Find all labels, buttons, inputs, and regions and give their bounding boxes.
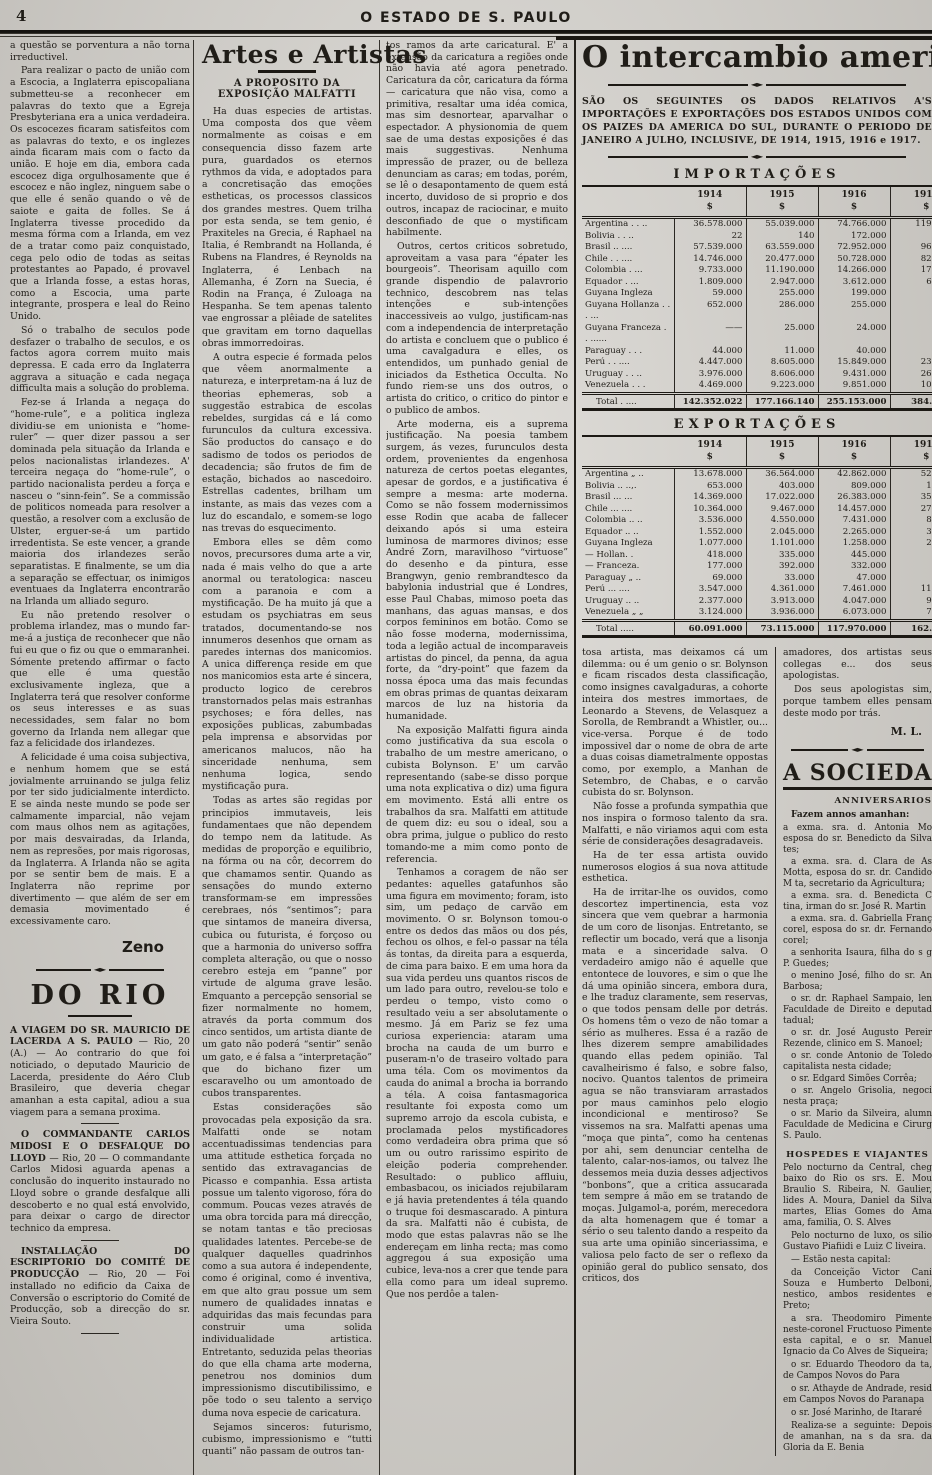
hospedes-heading: HOSPEDES E VIAJANTES xyxy=(783,1150,932,1160)
exportacoes-body: Argentina „ .. 13.678.000 36.564.000 42.… xyxy=(582,468,932,621)
column-divider-3 xyxy=(574,40,576,1475)
arrow-ornament-icon: ◄► xyxy=(748,153,766,161)
item-divider-rule xyxy=(81,1123,119,1124)
value-1916: 7.431.000 xyxy=(818,515,890,527)
importacoes-row: Paraguay . . . 44.000 11.000 40.000 63.0 xyxy=(582,346,932,358)
column-divider-2 xyxy=(379,40,380,1475)
editorial-paragraph: Só o trabalho de seculos pode desfazer o… xyxy=(10,325,190,395)
article-paragraph: Outros, certos criticos sobretudo, aprov… xyxy=(386,241,568,417)
ornament-line xyxy=(608,84,748,86)
year-header-cell: 1914$ xyxy=(674,436,746,468)
importacoes-row: Guyana Hollanza . . . ... 652.000 286.00… xyxy=(582,300,932,323)
exportacoes-row: Perú ... .... 3.547.000 4.361.000 7.461.… xyxy=(582,584,932,596)
importacoes-row: Bolivia . . .. 22 140 172.000 69 xyxy=(582,231,932,243)
importacoes-row: Brasil .. .... 57.539.000 63.559.000 72.… xyxy=(582,242,932,254)
country-label: Uruguay . . .. xyxy=(582,369,674,381)
artes-e-artistas-title: Artes e Artistas xyxy=(202,40,372,69)
country-label: Guyana Ingleza xyxy=(582,538,674,550)
country-label: Guyana Hollanza . . . ... xyxy=(582,300,674,323)
country-label: Colombia .. .. xyxy=(582,515,674,527)
year-label: 1914 xyxy=(677,440,743,452)
article-paragraph: Tenhamos a coragem de não ser pedantes: … xyxy=(386,867,568,1300)
value-1915: 20.477.000 xyxy=(746,254,818,266)
anniversarios-heading: ANNIVERSARIOS xyxy=(783,796,932,806)
country-label: Guyana Ingleza xyxy=(582,288,674,300)
year-label: 1914 xyxy=(677,190,743,202)
importacoes-body: Argentina . . .. 36.578.000 55.039.000 7… xyxy=(582,218,932,394)
hospedes-item: a sra. Theodomiro Pimente neste-coronel … xyxy=(783,1314,932,1358)
value-1914: 69.000 xyxy=(674,573,746,585)
anniversario-item: o sr. Angelo Grisolia, negoci nesta praç… xyxy=(783,1086,932,1108)
newspaper-page: 4 O ESTADO DE S. PAULO a questão se porv… xyxy=(0,0,932,1475)
value-1916: 1.258.000 xyxy=(818,538,890,550)
importacoes-row: Equador . ... 1.809.000 2.947.000 3.612.… xyxy=(582,277,932,289)
value-1916: 74.766.000 xyxy=(818,218,890,231)
importacoes-row: Guyana Ingleza 59.000 255.000 199.000 97… xyxy=(582,288,932,300)
value-1915: 255.000 xyxy=(746,288,818,300)
total-1914: 142.352.022 xyxy=(674,393,746,410)
anniversario-item: o sr. Edgard Simões Corrêa; xyxy=(783,1074,932,1085)
exportacoes-row: Brasil ... ... 14.369.000 17.022.000 26.… xyxy=(582,492,932,504)
value-1917: 17.021.0 xyxy=(890,265,932,277)
value-1916: 199.000 xyxy=(818,288,890,300)
value-1914: 3.976.000 xyxy=(674,369,746,381)
value-1917: 9.405.0 xyxy=(890,596,932,608)
value-1914: 44.000 xyxy=(674,346,746,358)
hospedes-item: — Estão nesta capital: xyxy=(783,1255,932,1266)
anniversario-item: a exma. sra. d. Benedicta C tina, irman … xyxy=(783,891,932,913)
value-1917: 11.567.0 xyxy=(890,584,932,596)
value-1916: 26.383.000 xyxy=(818,492,890,504)
total-1916: 255.153.000 xyxy=(818,393,890,410)
article-paragraph: A outra especie é formada pelos que vêem… xyxy=(202,352,372,535)
column-artes: Artes e Artistas A PROPOSITO DA EXPOSIÇÃ… xyxy=(202,40,372,1475)
value-1917: 10.965.0 xyxy=(890,380,932,393)
value-1917: 82.667.0 xyxy=(890,254,932,266)
ornament-line xyxy=(867,749,924,751)
value-1915: 63.559.000 xyxy=(746,242,818,254)
column-divider-1 xyxy=(193,40,194,1475)
value-1915: 8.605.000 xyxy=(746,357,818,369)
value-1917: 561.0 xyxy=(890,300,932,323)
value-1916: 47.000 xyxy=(818,573,890,585)
country-label: Argentina „ .. xyxy=(582,468,674,481)
value-1915: 4.361.000 xyxy=(746,584,818,596)
exportacoes-total-row: Total ..... 60.091.000 73.115.000 117.97… xyxy=(582,620,932,637)
title-underline xyxy=(258,70,316,73)
total-1917: 384.319.0 xyxy=(890,393,932,410)
total-label: Total ..... xyxy=(582,620,674,637)
currency-symbol: $ xyxy=(677,202,743,214)
value-1914: 3.536.000 xyxy=(674,515,746,527)
year-header-cell: 1917$ xyxy=(890,436,932,468)
country-label: Perú ... .... xyxy=(582,584,674,596)
value-1915: 33.000 xyxy=(746,573,818,585)
article-paragraph: amadores, dos artistas seus collegas e..… xyxy=(783,647,932,682)
editorial-paragraph: a questão se porventura a não torna irre… xyxy=(10,40,190,63)
article-paragraph: Embora elles se dêm como novos, precurso… xyxy=(202,537,372,793)
year-label: 1915 xyxy=(750,190,815,202)
anniversario-item: a senhorita Isaura, filha do s g P. Gued… xyxy=(783,948,932,970)
malfatti-article-col4: tosa artista, mas deixamos cá um dilemma… xyxy=(582,647,768,1285)
value-1915: 55.039.000 xyxy=(746,218,818,231)
arrow-ornament-icon: ◄► xyxy=(91,966,109,974)
value-1917: 23.182.0 xyxy=(890,357,932,369)
article-paragraph: Ha duas especies de artistas. Uma compos… xyxy=(202,106,372,350)
value-1916: 3.612.000 xyxy=(818,277,890,289)
page-number: 4 xyxy=(16,7,26,25)
value-1915: 335.000 xyxy=(746,550,818,562)
exportacoes-row: Colombia .. .. 3.536.000 4.550.000 7.431… xyxy=(582,515,932,527)
anniversario-item: o sr. conde Antonio de Toledo capitalist… xyxy=(783,1051,932,1073)
value-1916: 4.047.000 xyxy=(818,596,890,608)
value-1917: 63.0 xyxy=(890,346,932,358)
divider-ornament: ◄► xyxy=(791,746,924,754)
year-header-cell: 1916$ xyxy=(818,186,890,218)
year-header-cell: 1917$ xyxy=(890,186,932,218)
value-1914: 13.678.000 xyxy=(674,468,746,481)
article-paragraph: Dos seus apologistas sim, porque tambem … xyxy=(783,684,932,719)
article-paragraph: Não fosse a profunda sympathia que nos i… xyxy=(582,801,768,848)
editorial-paragraph: Para realizar o pacto de união com a Esc… xyxy=(10,65,190,322)
value-1917: 1.857.0 xyxy=(890,481,932,493)
arrow-ornament-icon: ◄► xyxy=(848,746,866,754)
hospedes-item: Pelo nocturno de luxo, os silio Gustavo … xyxy=(783,1231,932,1253)
value-1915: 2.947.000 xyxy=(746,277,818,289)
anniversario-item: o sr. Mario da Silveira, alumn Faculdade… xyxy=(783,1109,932,1142)
value-1917: —— xyxy=(890,323,932,346)
masthead: 4 O ESTADO DE S. PAULO xyxy=(0,4,932,30)
value-1916: 2.265.000 xyxy=(818,527,890,539)
value-1916: 24.000 xyxy=(818,323,890,346)
hospedes-item: da Conceição Victor Cani Souza e Humbert… xyxy=(783,1268,932,1312)
value-1914: 14.369.000 xyxy=(674,492,746,504)
value-1915: 11.190.000 xyxy=(746,265,818,277)
value-1915: 392.000 xyxy=(746,561,818,573)
value-1914: 9.733.000 xyxy=(674,265,746,277)
anniversario-item: o menino José, filho do sr. An Barbosa; xyxy=(783,971,932,993)
value-1915: 25.000 xyxy=(746,323,818,346)
country-label: Venezuela . . . xyxy=(582,380,674,393)
anniversario-item: a exma. sra. d. Antonia Mo esposa do sr.… xyxy=(783,823,932,856)
country-label: Bolivia .. ..,. xyxy=(582,481,674,493)
divider-ornament: ◄► xyxy=(608,81,906,89)
table-corner-cell xyxy=(582,186,674,218)
article-paragraph: Todas as artes são regidas por principio… xyxy=(202,795,372,1100)
do-rio-title: DO RIO xyxy=(10,980,190,1011)
value-1915: 1.101.000 xyxy=(746,538,818,550)
value-1914: 4.469.000 xyxy=(674,380,746,393)
value-1915: 3.936.000 xyxy=(746,607,818,620)
value-1916: 40.000 xyxy=(818,346,890,358)
currency-symbol: $ xyxy=(750,202,815,214)
item-divider-rule xyxy=(81,1240,119,1241)
value-1917: 119.497.0 xyxy=(890,218,932,231)
article-paragraph: tosa artista, mas deixamos cá um dilemma… xyxy=(582,647,768,799)
importacoes-row: Colombia . ... 9.733.000 11.190.000 14.2… xyxy=(582,265,932,277)
article-paragraph: tos ramos da arte caricatural. E' a exte… xyxy=(386,40,568,239)
do-rio-item-body: — Rio, 20 (A.) — Ao contrario do que foi… xyxy=(10,1036,190,1117)
ornament-line xyxy=(766,84,906,86)
value-1916: 332.000 xyxy=(818,561,890,573)
importacoes-total-row: Total . .... 142.352.022 177.166.140 255… xyxy=(582,393,932,410)
value-1917: 2.911.0 xyxy=(890,538,932,550)
value-1916: 42.862.000 xyxy=(818,468,890,481)
article-paragraph: Arte moderna, eis a suprema justificação… xyxy=(386,419,568,723)
value-1916: 6.073.000 xyxy=(818,607,890,620)
value-1914: 22 xyxy=(674,231,746,243)
article-paragraph: Estas considerações são provocadas pela … xyxy=(202,1102,372,1419)
country-label: Paraguay „ .. xyxy=(582,573,674,585)
malfatti-article-col3: tos ramos da arte caricatural. E' a exte… xyxy=(386,40,568,1300)
value-1916: 9.851.000 xyxy=(818,380,890,393)
value-1915: 403.000 xyxy=(746,481,818,493)
currency-symbol: $ xyxy=(677,452,743,464)
exportacoes-heading: EXPORTAÇÕES xyxy=(582,417,932,432)
ornament-line xyxy=(766,156,906,158)
masthead-rule-thin xyxy=(0,36,556,37)
do-rio-item: A VIAGEM DO SR. MAURICIO DE LACERDA A S.… xyxy=(10,1025,190,1119)
divider-ornament: ◄► xyxy=(608,153,906,161)
arrow-ornament-icon: ◄► xyxy=(748,81,766,89)
masthead-rule xyxy=(0,30,932,34)
value-1916: 7.461.000 xyxy=(818,584,890,596)
hospedes-item: o sr. Eduardo Theodoro da ta, de Campos … xyxy=(783,1360,932,1382)
year-header-cell: 1914$ xyxy=(674,186,746,218)
value-1915: 17.022.000 xyxy=(746,492,818,504)
country-label: Brasil ... ... xyxy=(582,492,674,504)
country-label: Argentina . . .. xyxy=(582,218,674,231)
value-1915: 36.564.000 xyxy=(746,468,818,481)
do-rio-item: O COMMANDANTE CARLOS MIDOSI E O DESFALQU… xyxy=(10,1129,190,1234)
value-1914: 418.000 xyxy=(674,550,746,562)
anniversarios-intro: Fazem annos amanhan: xyxy=(783,810,932,820)
total-1917: 162.628.0 xyxy=(890,620,932,637)
anniversario-item: a exma. sra. d. Clara de As Motta, espos… xyxy=(783,857,932,890)
hospedes-list: Pelo nocturno da Central, cheg baixo do … xyxy=(783,1163,932,1454)
value-1917: 97.0 xyxy=(890,288,932,300)
value-1914: 3.547.000 xyxy=(674,584,746,596)
country-label: Chile ... .... xyxy=(582,504,674,516)
value-1916: 445.000 xyxy=(818,550,890,562)
value-1917: 3.288.0 xyxy=(890,527,932,539)
do-rio-items: A VIAGEM DO SR. MAURICIO DE LACERDA A S.… xyxy=(10,1025,190,1334)
hospedes-item: Realiza-se a seguinte: Depois de amanhan… xyxy=(783,1421,932,1454)
value-1915: 286.000 xyxy=(746,300,818,323)
value-1915: 8.606.000 xyxy=(746,369,818,381)
value-1914: 10.364.000 xyxy=(674,504,746,516)
value-1916: 15.849.000 xyxy=(818,357,890,369)
anniversario-item: o sr. dr. José Augusto Pereir Rezende, c… xyxy=(783,1028,932,1050)
total-1915: 177.166.140 xyxy=(746,393,818,410)
country-label: Chile . . .... xyxy=(582,254,674,266)
value-1915: 3.913.000 xyxy=(746,596,818,608)
editorial-paragraph: Eu não pretendo resolver o problema irla… xyxy=(10,610,190,750)
importacoes-heading: IMPORTAÇÕES xyxy=(582,167,932,182)
editorial-paragraphs: a questão se porventura a não torna irre… xyxy=(10,40,190,928)
country-label: Perú . . .... xyxy=(582,357,674,369)
malfatti-article-col5: amadores, dos artistas seus collegas e..… xyxy=(783,647,932,719)
value-1914: —— xyxy=(674,323,746,346)
item-divider-rule xyxy=(81,1333,119,1334)
value-1914: 653.000 xyxy=(674,481,746,493)
article-paragraph: Ha de irritar-lhe os ouvidos, como desco… xyxy=(582,887,768,1285)
ornament-line xyxy=(791,749,848,751)
value-1915: 9.467.000 xyxy=(746,504,818,516)
ornament-line xyxy=(36,969,91,971)
hospedes-item: o sr. Athayde de Andrade, resid em Campo… xyxy=(783,1384,932,1406)
importacoes-row: Venezuela . . . 4.469.000 9.223.000 9.85… xyxy=(582,380,932,393)
year-label: 1917 xyxy=(894,190,932,202)
value-1917: 852.0 xyxy=(890,550,932,562)
value-1917: 7.412.0 xyxy=(890,607,932,620)
country-label: Guyana Franceza . . ...... xyxy=(582,323,674,346)
country-label: Bolivia . . .. xyxy=(582,231,674,243)
year-header-cell: 1915$ xyxy=(746,436,818,468)
currency-symbol: $ xyxy=(750,452,815,464)
exportacoes-header-row: 1914$1915$1916$1917$ xyxy=(582,436,932,468)
value-1914: 57.539.000 xyxy=(674,242,746,254)
year-label: 1917 xyxy=(894,440,932,452)
value-1914: 59.000 xyxy=(674,288,746,300)
value-1916: 72.952.000 xyxy=(818,242,890,254)
value-1914: 36.578.000 xyxy=(674,218,746,231)
value-1914: 3.124.000 xyxy=(674,607,746,620)
exportacoes-row: Argentina „ .. 13.678.000 36.564.000 42.… xyxy=(582,468,932,481)
country-label: — Franceza. xyxy=(582,561,674,573)
value-1916: 809.000 xyxy=(818,481,890,493)
total-label: Total . .... xyxy=(582,393,674,410)
column-article-end: tosa artista, mas deixamos cá um dilemma… xyxy=(582,647,776,1456)
ornament-line xyxy=(608,156,748,158)
total-1916: 117.970.000 xyxy=(818,620,890,637)
value-1915: 140 xyxy=(746,231,818,243)
column-sociedade: amadores, dos artistas seus collegas e..… xyxy=(776,647,932,1456)
article-paragraph: Ha de ter essa artista ouvido numerosos … xyxy=(582,850,768,885)
importacoes-row: Perú . . .... 4.447.000 8.605.000 15.849… xyxy=(582,357,932,369)
value-1914: 4.447.000 xyxy=(674,357,746,369)
year-label: 1916 xyxy=(822,190,887,202)
country-label: Brasil .. .... xyxy=(582,242,674,254)
editorial-paragraph: A felicidade é uma coisa subjectiva, e n… xyxy=(10,752,190,928)
currency-symbol: $ xyxy=(894,202,932,214)
column-artes-continuation: tos ramos da arte caricatural. E' a exte… xyxy=(386,40,568,1475)
value-1917: 52.615.0 xyxy=(890,468,932,481)
editorial-signature: Zeno xyxy=(10,930,190,960)
importacoes-row: Argentina . . .. 36.578.000 55.039.000 7… xyxy=(582,218,932,231)
malfatti-article-col2: Ha duas especies de artistas. Uma compos… xyxy=(202,106,372,1458)
country-label: Venezuela „ „ xyxy=(582,607,674,620)
hospedes-item: Pelo nocturno da Central, cheg baixo do … xyxy=(783,1163,932,1229)
value-1917: 27.852.0 xyxy=(890,504,932,516)
exportacoes-row: Chile ... .... 10.364.000 9.467.000 14.4… xyxy=(582,504,932,516)
editorial-paragraph: Fez-se á Irlanda a negaça do “home-rule”… xyxy=(10,397,190,608)
total-1914: 60.091.000 xyxy=(674,620,746,637)
country-label: — Hollan. . xyxy=(582,550,674,562)
value-1917: 96.846.0 xyxy=(890,242,932,254)
value-1916: 172.000 xyxy=(818,231,890,243)
value-1914: 177.000 xyxy=(674,561,746,573)
total-1915: 73.115.000 xyxy=(746,620,818,637)
value-1915: 4.550.000 xyxy=(746,515,818,527)
value-1917: 26.146.0 xyxy=(890,369,932,381)
divider-ornament: ◄► xyxy=(36,966,164,974)
exportacoes-row: Bolivia .. ..,. 653.000 403.000 809.000 … xyxy=(582,481,932,493)
value-1916: 9.431.000 xyxy=(818,369,890,381)
column-editorial: a questão se porventura a não torna irre… xyxy=(10,40,190,1475)
exportacoes-row: Guyana Ingleza 1.077.000 1.101.000 1.258… xyxy=(582,538,932,550)
hospedes-item: o sr. José Marinho, de Itararé xyxy=(783,1408,932,1419)
value-1917: 6.927.0 xyxy=(890,277,932,289)
intercambio-intro: SÃO OS SEGUINTES OS DADOS RELATIVOS A'S … xyxy=(582,95,932,147)
ornament-line xyxy=(109,969,164,971)
do-rio-item-body: — Rio, 20 — O commandante Carlos Midosi … xyxy=(10,1153,190,1234)
value-1914: 14.746.000 xyxy=(674,254,746,266)
value-1915: 11.000 xyxy=(746,346,818,358)
exportacoes-row: Venezuela „ „ 3.124.000 3.936.000 6.073.… xyxy=(582,607,932,620)
exportacoes-row: — Franceza. 177.000 392.000 332.000 858.… xyxy=(582,561,932,573)
value-1917: 35.795.0 xyxy=(890,492,932,504)
value-1914: 652.000 xyxy=(674,300,746,323)
year-header-cell: 1916$ xyxy=(818,436,890,468)
currency-symbol: $ xyxy=(822,202,887,214)
year-label: 1916 xyxy=(822,440,887,452)
anniversarios-list: a exma. sra. d. Antonia Mo esposa do sr.… xyxy=(783,823,932,1142)
year-header-cell: 1915$ xyxy=(746,186,818,218)
exportacoes-row: — Hollan. . 418.000 335.000 445.000 852.… xyxy=(582,550,932,562)
year-label: 1915 xyxy=(750,440,815,452)
value-1916: 14.266.000 xyxy=(818,265,890,277)
value-1915: 2.045.000 xyxy=(746,527,818,539)
value-1916: 50.728.000 xyxy=(818,254,890,266)
exportacoes-table: 1914$1915$1916$1917$ Argentina „ .. 13.6… xyxy=(582,435,932,638)
value-1917: 8.147.0 xyxy=(890,515,932,527)
currency-symbol: $ xyxy=(822,452,887,464)
value-1914: 1.809.000 xyxy=(674,277,746,289)
do-rio-item: INSTALLAÇÃO DO ESCRIPTORIO DO COMITÉ DE … xyxy=(10,1246,190,1328)
intercambio-section: O intercambio americano ◄► SÃO OS SEGUIN… xyxy=(582,40,932,1456)
exportacoes-row: Uruguay .. .. 2.377.000 3.913.000 4.047.… xyxy=(582,596,932,608)
value-1914: 1.552.000 xyxy=(674,527,746,539)
importacoes-header-row: 1914$1915$1916$1917$ xyxy=(582,186,932,218)
value-1914: 1.077.000 xyxy=(674,538,746,550)
exportacoes-row: Equador .. .. 1.552.000 2.045.000 2.265.… xyxy=(582,527,932,539)
importacoes-table: 1914$1915$1916$1917$ Argentina . . .. 36… xyxy=(582,185,932,411)
article-paragraph: Na exposição Malfatti figura ainda como … xyxy=(386,725,568,865)
newspaper-title: O ESTADO DE S. PAULO xyxy=(0,4,932,26)
importacoes-row: Uruguay . . .. 3.976.000 8.606.000 9.431… xyxy=(582,369,932,381)
importacoes-row: Chile . . .... 14.746.000 20.477.000 50.… xyxy=(582,254,932,266)
value-1916: 14.457.000 xyxy=(818,504,890,516)
table-corner-cell xyxy=(582,436,674,468)
article-signature: M. L. xyxy=(783,721,932,740)
value-1915: 9.223.000 xyxy=(746,380,818,393)
importacoes-row: Guyana Franceza . . ...... —— 25.000 24.… xyxy=(582,323,932,346)
article-paragraph: Sejamos sinceros: futurismo, cubismo, im… xyxy=(202,1422,372,1459)
intercambio-title: O intercambio americano xyxy=(582,40,932,75)
country-label: Uruguay .. .. xyxy=(582,596,674,608)
exportacoes-row: Paraguay „ .. 69.000 33.000 47.000 188.0 xyxy=(582,573,932,585)
sociedade-title: A SOCIEDADE xyxy=(783,760,932,786)
country-label: Equador .. .. xyxy=(582,527,674,539)
anniversario-item: a exma. sra. d. Gabriella Franç corel, e… xyxy=(783,914,932,947)
value-1917: 69 xyxy=(890,231,932,243)
value-1917: 858.0 xyxy=(890,561,932,573)
currency-symbol: $ xyxy=(894,452,932,464)
do-rio-rule xyxy=(68,1015,132,1017)
malfatti-article-subtitle: A PROPOSITO DA EXPOSIÇÃO MALFATTI xyxy=(202,78,372,100)
lower-right-columns: tosa artista, mas deixamos cá um dilemma… xyxy=(582,647,932,1456)
